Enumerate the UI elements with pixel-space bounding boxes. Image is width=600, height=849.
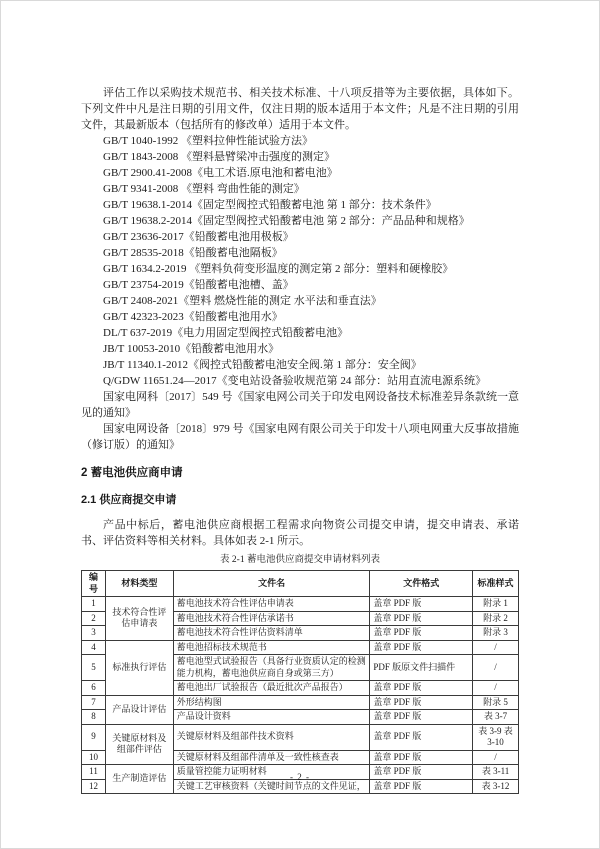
cell-format: 盖章 PDF 版 (370, 597, 473, 612)
cell-style: 附录 2 (473, 611, 519, 626)
cell-no: 9 (82, 724, 106, 750)
reference-item: GB/T 9341-2008 《塑料 弯曲性能的测定》 (81, 181, 519, 197)
header-type: 材料类型 (106, 571, 174, 597)
header-format: 文件格式 (370, 571, 473, 597)
cell-type: 产品设计评估 (106, 695, 174, 724)
cell-style: 附录 1 (473, 597, 519, 612)
reference-item: GB/T 2900.41-2008《电工术语.原电池和蓄电池》 (81, 165, 519, 181)
cell-format: PDF 版原文件扫描件 (370, 655, 473, 681)
cell-doc: 蓄电池技术符合性评估资料清单 (173, 626, 370, 641)
cell-doc: 产品设计资料 (173, 710, 370, 725)
cell-style: / (473, 655, 519, 681)
table-caption: 表 2-1 蓄电池供应商提交申请材料列表 (81, 554, 519, 567)
cell-style: / (473, 681, 519, 696)
table-row: 9 关键原材料及组部件评估 关键原材料及组部件技术资料 盖章 PDF 版 表 3… (82, 724, 519, 750)
cell-format: 盖章 PDF 版 (370, 750, 473, 765)
cell-doc: 蓄电池技术符合性评估承诺书 (173, 611, 370, 626)
header-doc: 文件名 (173, 571, 370, 597)
cell-format: 盖章 PDF 版 (370, 640, 473, 655)
reference-item: JB/T 10053-2010《铅酸蓄电池用水》 (81, 341, 519, 357)
reference-item: 国家电网设备〔2018〕979 号《国家电网有限公司关于印发十八项电网重大反事故… (81, 421, 519, 453)
reference-item: GB/T 1843-2008 《塑料悬臂梁冲击强度的测定》 (81, 149, 519, 165)
reference-item: DL/T 637-2019《电力用固定型阀控式铅酸蓄电池》 (81, 325, 519, 341)
reference-item: JB/T 11340.1-2012《阀控式铅酸蓄电池安全阀.第 1 部分：安全阀… (81, 357, 519, 373)
header-style: 标准样式 (473, 571, 519, 597)
reference-item: GB/T 42323-2023《铅酸蓄电池用水》 (81, 309, 519, 325)
cell-no: 2 (82, 611, 106, 626)
cell-style: 附录 3 (473, 626, 519, 641)
cell-type: 技术符合性评估申请表 (106, 597, 174, 641)
cell-format: 盖章 PDF 版 (370, 611, 473, 626)
subsection-heading: 2.1 供应商提交申请 (81, 492, 519, 508)
cell-format: 盖章 PDF 版 (370, 681, 473, 696)
body-paragraph: 产品中标后，蓄电池供应商根据工程需求向物资公司提交申请，提交申请表、承诺书、评估… (81, 517, 519, 549)
cell-type: 标准执行评估 (106, 640, 174, 695)
cell-format: 盖章 PDF 版 (370, 626, 473, 641)
reference-item: 国家电网科〔2017〕549 号《国家电网公司关于印发电网设备技术标准差异条款统… (81, 389, 519, 421)
cell-format: 盖章 PDF 版 (370, 724, 473, 750)
cell-doc: 蓄电池型式试验报告（具备行业资质认定的检测能力机构，蓄电池供应商自身或第三方） (173, 655, 370, 681)
cell-type: 关键原材料及组部件评估 (106, 724, 174, 765)
cell-doc: 蓄电池技术符合性评估申请表 (173, 597, 370, 612)
cell-format: 盖章 PDF 版 (370, 695, 473, 710)
page-number: - 2 - (1, 772, 599, 782)
cell-doc: 外形结构图 (173, 695, 370, 710)
cell-style: 表 3-7 (473, 710, 519, 725)
cell-no: 1 (82, 597, 106, 612)
materials-table: 编号 材料类型 文件名 文件格式 标准样式 1 技术符合性评估申请表 蓄电池技术… (81, 570, 519, 794)
cell-doc: 蓄电池招标技术规范书 (173, 640, 370, 655)
table-row: 7 产品设计评估 外形结构图 盖章 PDF 版 附录 5 (82, 695, 519, 710)
reference-item: GB/T 2408-2021《塑料 燃烧性能的测定 水平法和垂直法》 (81, 293, 519, 309)
document-page: 评估工作以采购技术规范书、相关技术标准、十八项反措等为主要依据，具体如下。下列文… (0, 0, 600, 849)
cell-no: 6 (82, 681, 106, 696)
cell-no: 5 (82, 655, 106, 681)
reference-item: Q/GDW 11651.24—2017《变电站设备验收规范第 24 部分：站用直… (81, 373, 519, 389)
intro-paragraph: 评估工作以采购技术规范书、相关技术标准、十八项反措等为主要依据，具体如下。下列文… (81, 85, 519, 133)
cell-no: 7 (82, 695, 106, 710)
reference-item: GB/T 23754-2019《铅酸蓄电池槽、盖》 (81, 277, 519, 293)
cell-no: 10 (82, 750, 106, 765)
cell-doc: 关键原材料及组部件清单及一致性核查表 (173, 750, 370, 765)
header-no: 编号 (82, 571, 106, 597)
reference-list: GB/T 1040-1992 《塑料拉伸性能试验方法》 GB/T 1843-20… (81, 133, 519, 453)
table-header-row: 编号 材料类型 文件名 文件格式 标准样式 (82, 571, 519, 597)
reference-item: GB/T 1634.2-2019 《塑料负荷变形温度的测定第 2 部分：塑料和硬… (81, 261, 519, 277)
cell-style: 表 3-9 表 3-10 (473, 724, 519, 750)
cell-style: / (473, 640, 519, 655)
cell-format: 盖章 PDF 版 (370, 710, 473, 725)
section-heading: 2 蓄电池供应商申请 (81, 465, 519, 481)
cell-no: 8 (82, 710, 106, 725)
reference-item: GB/T 19638.2-2014《固定型阀控式铅酸蓄电池 第 2 部分：产品品… (81, 213, 519, 229)
cell-doc: 蓄电池出厂试验报告（最近批次产品报告） (173, 681, 370, 696)
reference-item: GB/T 28535-2018《铅酸蓄电池隔板》 (81, 245, 519, 261)
cell-no: 4 (82, 640, 106, 655)
reference-item: GB/T 23636-2017《铅酸蓄电池用极板》 (81, 229, 519, 245)
cell-style: / (473, 750, 519, 765)
cell-style: 附录 5 (473, 695, 519, 710)
table-row: 1 技术符合性评估申请表 蓄电池技术符合性评估申请表 盖章 PDF 版 附录 1 (82, 597, 519, 612)
reference-item: GB/T 1040-1992 《塑料拉伸性能试验方法》 (81, 133, 519, 149)
cell-doc: 关键原材料及组部件技术资料 (173, 724, 370, 750)
reference-item: GB/T 19638.1-2014《固定型阀控式铅酸蓄电池 第 1 部分：技术条… (81, 197, 519, 213)
cell-no: 3 (82, 626, 106, 641)
table-row: 4 标准执行评估 蓄电池招标技术规范书 盖章 PDF 版 / (82, 640, 519, 655)
